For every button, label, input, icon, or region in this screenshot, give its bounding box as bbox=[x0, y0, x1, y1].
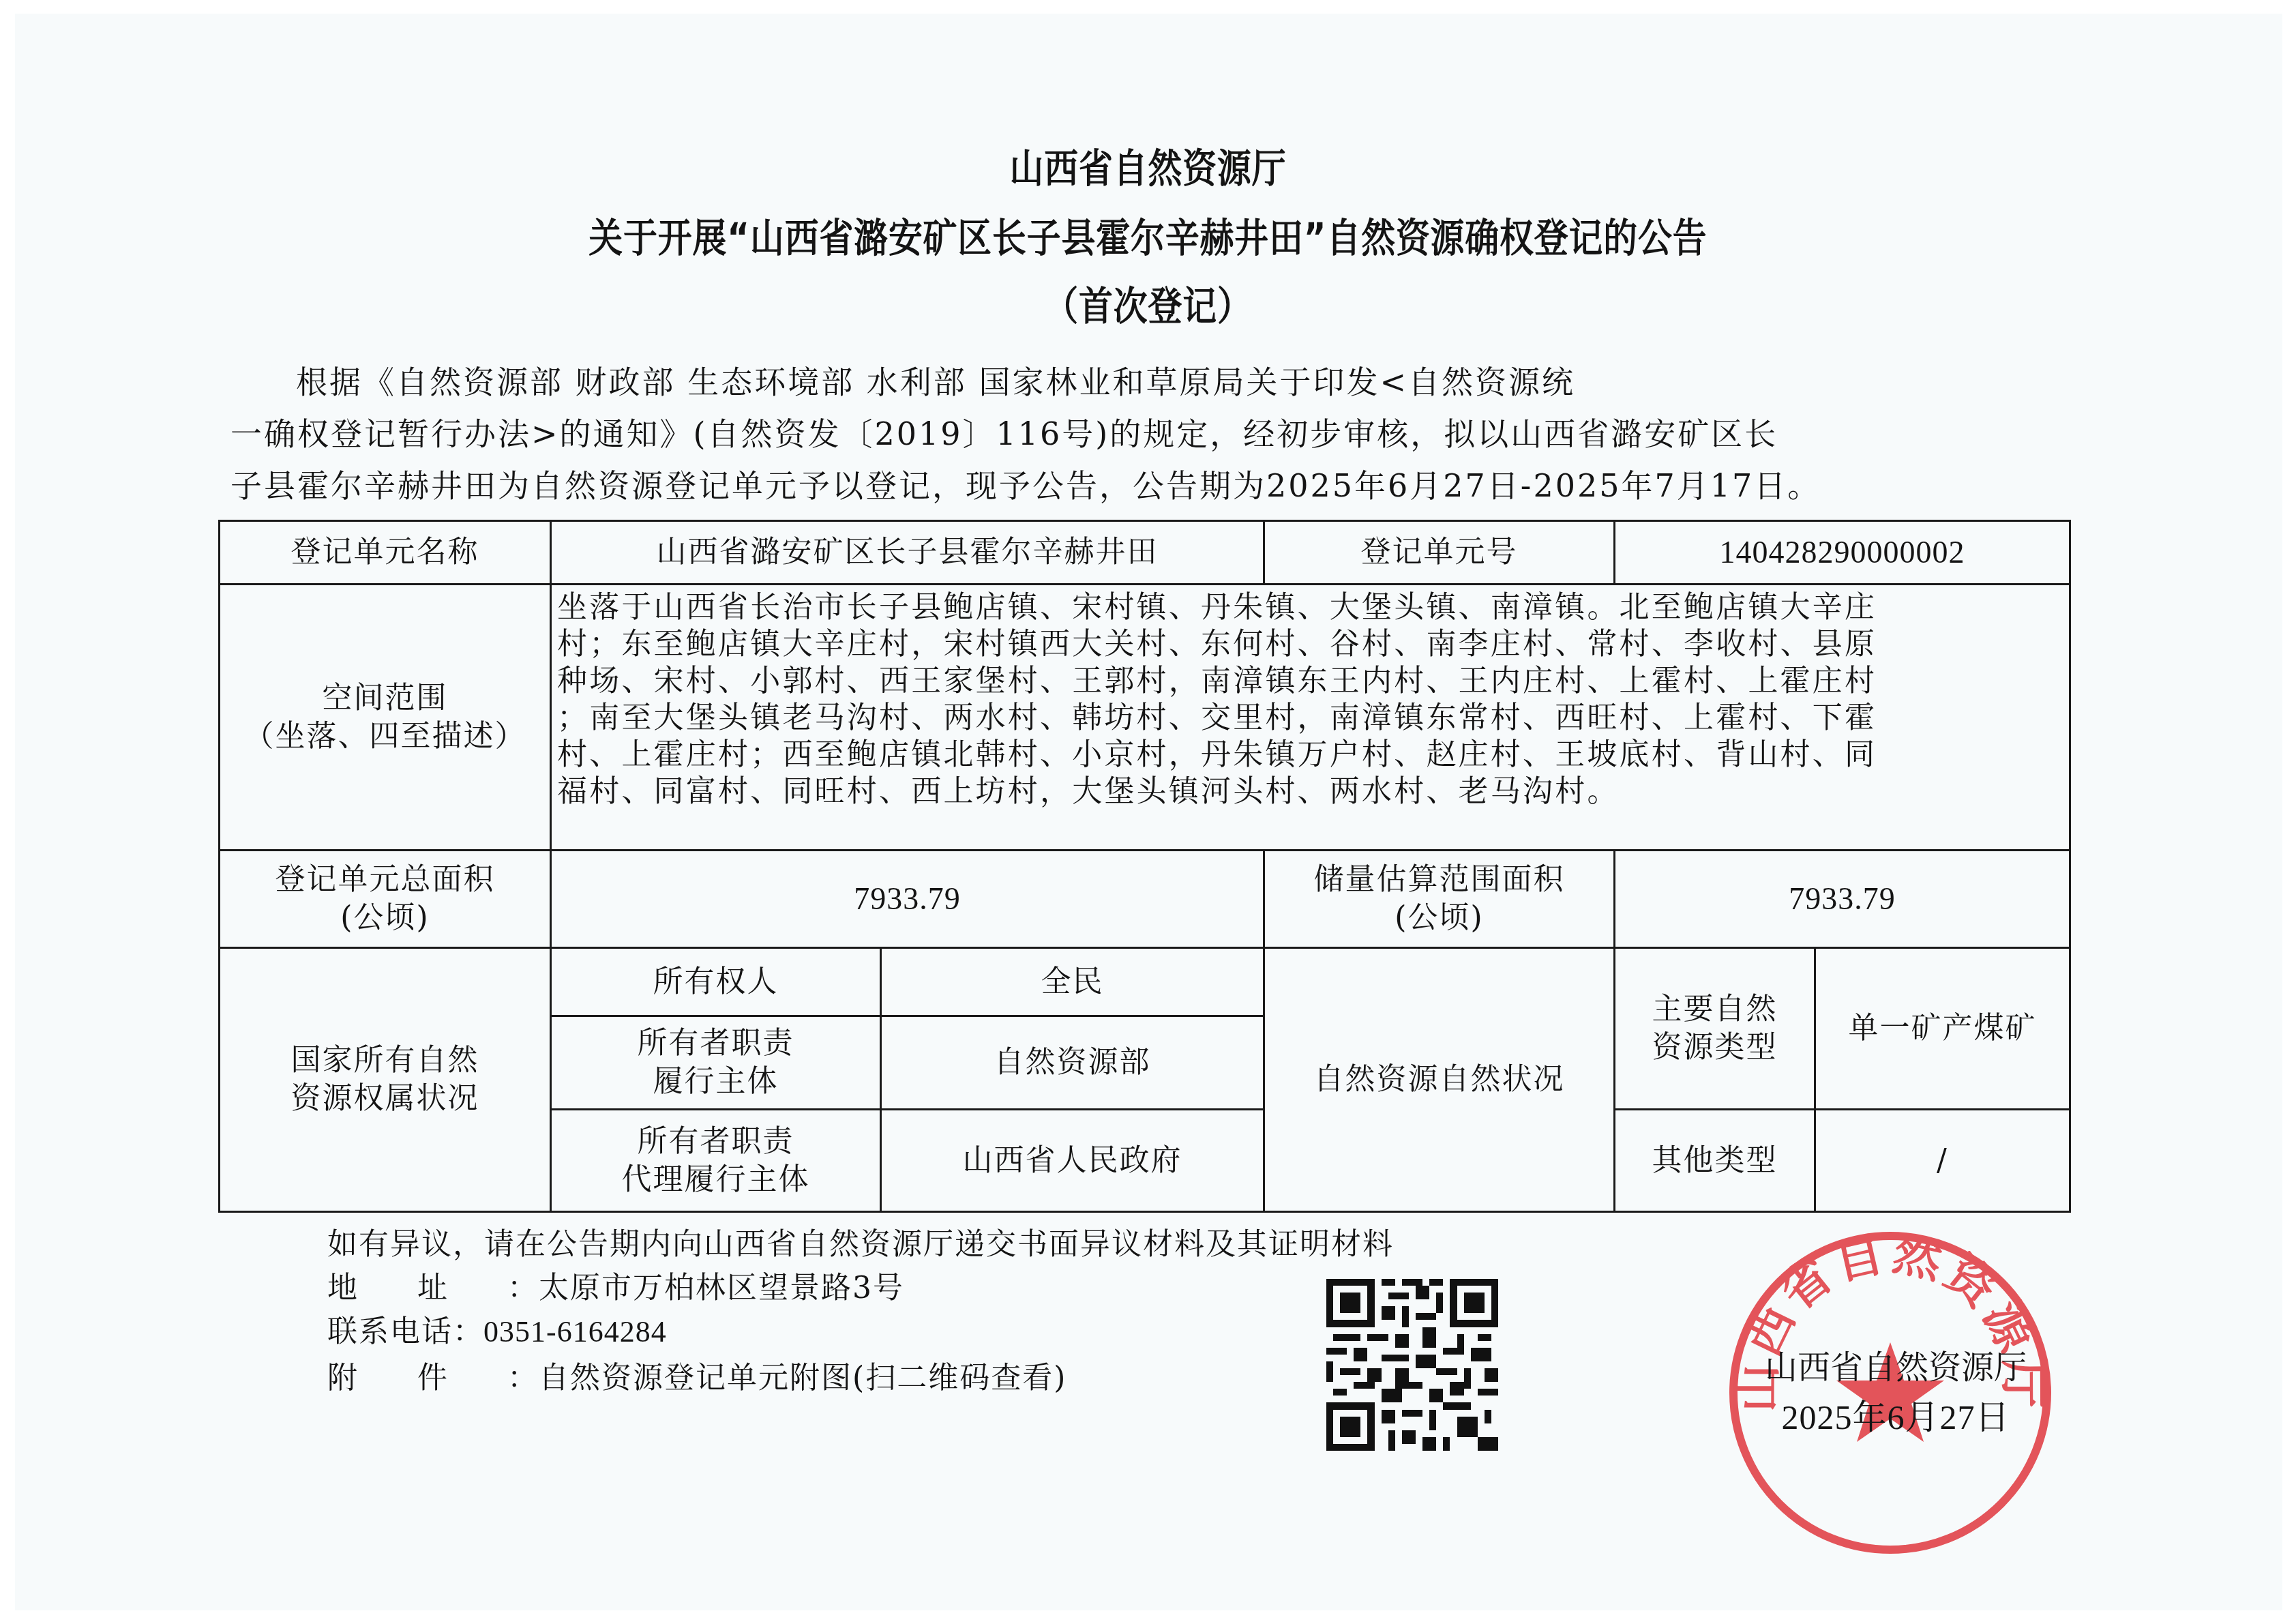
agent-label-line-2: 代理履行主体 bbox=[557, 1161, 874, 1199]
table-row-spatial: 空间范围 （坐落、四至描述） 坐落于山西省长治市长子县鲍店镇、宋村镇、丹朱镇、大… bbox=[220, 585, 2070, 851]
issuer-title: 山西省自然资源厅 bbox=[161, 136, 2136, 194]
reserve-area-label-line-1: 储量估算范围面积 bbox=[1270, 861, 1608, 899]
attachment-label: 附件 bbox=[327, 1353, 507, 1397]
main-type-label-line-1: 主要自然 bbox=[1621, 990, 1808, 1029]
spatial-label-line-1: 空间范围 bbox=[226, 679, 544, 718]
total-area-label-line-2: (公顷) bbox=[226, 899, 544, 937]
total-area-label: 登记单元总面积 (公顷) bbox=[220, 851, 551, 948]
attachment-value: ：自然资源登记单元附图(扫二维码查看) bbox=[507, 1361, 1067, 1396]
body-line-2: 一确权登记暂行办法>的通知》(自然资发〔2019〕116号)的规定，经初步审核，… bbox=[230, 408, 2099, 460]
owner-value: 全民 bbox=[881, 948, 1264, 1016]
address-label: 地址 bbox=[327, 1263, 507, 1307]
body-line-1: 根据《自然资源部 财政部 生态环境部 水利部 国家林业和草原局关于印发<自然资源… bbox=[230, 356, 2099, 408]
ownership-label: 国家所有自然 资源权属状况 bbox=[220, 948, 551, 1212]
spatial-label-line-2: （坐落、四至描述） bbox=[226, 718, 544, 756]
ownership-label-line-2: 资源权属状况 bbox=[226, 1080, 544, 1118]
address-value: ：太原市万柏林区望景路3号 bbox=[507, 1271, 904, 1305]
unit-no-label: 登记单元号 bbox=[1264, 521, 1615, 585]
spatial-line-5: 村、上霍庄村；西至鲍店镇北韩村、小京村，丹朱镇万户村、赵庄村、王坡底村、背山村、… bbox=[557, 737, 2062, 773]
duty-label-line-1: 所有者职责 bbox=[557, 1024, 874, 1063]
other-type-value: / bbox=[1815, 1110, 2070, 1212]
nature-label: 自然资源自然状况 bbox=[1264, 948, 1615, 1212]
address-line: 地址：太原市万柏林区望景路3号 bbox=[327, 1263, 904, 1307]
agent-label: 所有者职责 代理履行主体 bbox=[551, 1110, 881, 1212]
spatial-line-6: 福村、同富村、同旺村、西上坊村，大堡头镇河头村、两水村、老马沟村。 bbox=[557, 773, 2062, 810]
reserve-area-label: 储量估算范围面积 (公顷) bbox=[1264, 851, 1615, 948]
body-paragraph: 根据《自然资源部 财政部 生态环境部 水利部 国家林业和草原局关于印发<自然资源… bbox=[230, 356, 2099, 512]
phone-label: 联系电话 bbox=[327, 1307, 453, 1350]
total-area-label-line-1: 登记单元总面积 bbox=[226, 861, 544, 899]
signature-date: 2025年6月27日 bbox=[1718, 1390, 2073, 1439]
unit-name-label: 登记单元名称 bbox=[220, 521, 551, 585]
phone-value: ：0351-6164284 bbox=[453, 1315, 667, 1348]
spatial-line-2: 村；东至鲍店镇大辛庄村，宋村镇西大关村、东何村、谷村、南李庄村、常村、李收村、县… bbox=[557, 626, 2062, 663]
spatial-line-3: 种场、宋村、小郭村、西王家堡村、王郭村，南漳镇东王内村、王内庄村、上霍村、上霍庄… bbox=[557, 663, 2062, 700]
duty-value: 自然资源部 bbox=[881, 1016, 1264, 1110]
registration-table: 登记单元名称 山西省潞安矿区长子县霍尔辛赫井田 登记单元号 1404282900… bbox=[218, 520, 2071, 1213]
agent-value: 山西省人民政府 bbox=[881, 1110, 1264, 1212]
reserve-area-value: 7933.79 bbox=[1615, 851, 2070, 948]
attachment-line: 附件：自然资源登记单元附图(扫二维码查看) bbox=[327, 1353, 1067, 1397]
main-type-label: 主要自然 资源类型 bbox=[1615, 948, 1815, 1110]
duty-label-line-2: 履行主体 bbox=[557, 1063, 874, 1101]
table-row-unit-name: 登记单元名称 山西省潞安矿区长子县霍尔辛赫井田 登记单元号 1404282900… bbox=[220, 521, 2070, 585]
table-row-area: 登记单元总面积 (公顷) 7933.79 储量估算范围面积 (公顷) 7933.… bbox=[220, 851, 2070, 948]
duty-label: 所有者职责 履行主体 bbox=[551, 1016, 881, 1110]
ownership-label-line-1: 国家所有自然 bbox=[226, 1042, 544, 1080]
table-row-owner: 国家所有自然 资源权属状况 所有权人 全民 自然资源自然状况 主要自然 资源类型… bbox=[220, 948, 2070, 1016]
other-type-label: 其他类型 bbox=[1615, 1110, 1815, 1212]
signature-org: 山西省自然资源厅 bbox=[1718, 1341, 2073, 1388]
objection-notice: 如有异议，请在公告期内向山西省自然资源厅递交书面异议材料及其证明材料 bbox=[327, 1220, 1394, 1263]
spatial-line-4: ；南至大堡头镇老马沟村、两水村、韩坊村、交里村，南漳镇东常村、西旺村、上霍村、下… bbox=[557, 700, 2062, 737]
total-area-value: 7933.79 bbox=[551, 851, 1264, 948]
spatial-label: 空间范围 （坐落、四至描述） bbox=[220, 585, 551, 851]
owner-label: 所有权人 bbox=[551, 948, 881, 1016]
unit-no-value: 140428290000002 bbox=[1615, 521, 2070, 585]
agent-label-line-1: 所有者职责 bbox=[557, 1123, 874, 1161]
main-type-label-line-2: 资源类型 bbox=[1621, 1029, 1808, 1067]
phone-line: 联系电话：0351-6164284 bbox=[327, 1307, 667, 1350]
spatial-description: 坐落于山西省长治市长子县鲍店镇、宋村镇、丹朱镇、大堡头镇、南漳镇。北至鲍店镇大辛… bbox=[551, 585, 2070, 851]
body-line-3: 子县霍尔辛赫井田为自然资源登记单元予以登记，现予公告，公告期为2025年6月27… bbox=[230, 460, 2099, 512]
spatial-line-1: 坐落于山西省长治市长子县鲍店镇、宋村镇、丹朱镇、大堡头镇、南漳镇。北至鲍店镇大辛… bbox=[557, 589, 2062, 626]
document-title: 关于开展“山西省潞安矿区长子县霍尔辛赫井田”自然资源确权登记的公告 bbox=[161, 206, 2136, 263]
document-subtitle: （首次登记） bbox=[161, 274, 2136, 331]
qr-code-icon[interactable] bbox=[1326, 1279, 1498, 1451]
reserve-area-label-line-2: (公顷) bbox=[1270, 899, 1608, 937]
main-type-value: 单一矿产煤矿 bbox=[1815, 948, 2070, 1110]
unit-name-value: 山西省潞安矿区长子县霍尔辛赫井田 bbox=[551, 521, 1264, 585]
